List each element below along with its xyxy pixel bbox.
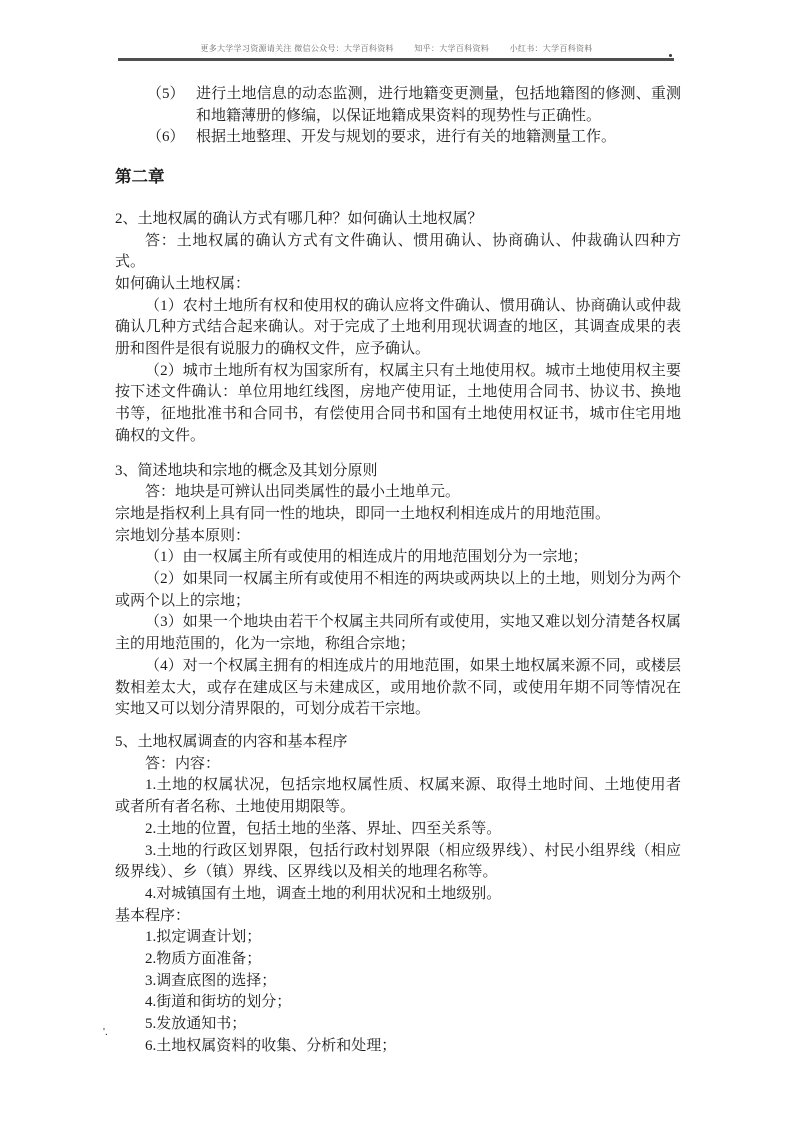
question-2-title: 2、土地权属的确认方式有哪几种？如何确认土地权属？ [115,209,681,231]
scan-artifact-dot [669,54,672,57]
header-divider-rule [118,58,674,61]
question-3-point-1: （1）由一权属主所有或使用的相连成片的用地范围划分为一宗地； [115,547,681,569]
question-5-content-point-3: 3.土地的行政区划界限，包括行政村划界限（相应级界线）、村民小组界线（相应级界线… [115,841,681,884]
question-5-title: 5、土地权属调查的内容和基本程序 [115,732,681,754]
question-2-point-1: （1）农村土地所有权和使用权的确认应将文件确认、惯用确认、协商确认或仲裁确认几种… [115,296,681,361]
question-3-definition: 宗地是指权利上具有同一性的地块，即同一土地权利相连成片的用地范围。 [115,504,681,526]
question-5-answer-label: 答：内容： [115,754,681,776]
question-3-point-2: （2）如果同一权属主所有或使用不相连的两块或两块以上的土地，则划分为两个或两个以… [115,569,681,612]
question-3-principles-label: 宗地划分基本原则： [115,526,681,548]
question-3-point-4: （4）对一个权属主拥有的相连成片的用地范围，如果土地权属来源不同，或楼层数相差太… [115,656,681,721]
question-5-content-point-2: 2.土地的位置，包括土地的坐落、界址、四至关系等。 [115,819,681,841]
header-zhihu-note: 知乎：大学百科资料 [414,44,489,53]
question-2-point-2: （2）城市土地所有权为国家所有，权属主只有土地使用权。城市土地使用权主要按下述文… [115,361,681,448]
question-5-content-point-1: 1.土地的权属状况，包括宗地权属性质、权属来源、取得土地时间、土地使用者或者所有… [115,775,681,818]
header-xiaohongshu-note: 小红书：大学百科资料 [510,44,593,53]
scan-artifact-mark: '. [103,1026,108,1038]
question-5-procedure-step-2: 2.物质方面准备； [115,949,681,971]
list-item-6-number: （6） [147,127,196,149]
list-item-5-number: （5） [147,84,196,127]
header-wechat-note: 更多大学学习资源请关注 微信公众号：大学百科资料 [200,44,393,53]
question-2-subtitle: 如何确认土地权属： [115,274,681,296]
chapter-heading: 第二章 [115,166,681,188]
question-5-procedure-step-1: 1.拟定调查计划； [115,927,681,949]
question-2-answer: 答：土地权属的确认方式有文件确认、惯用确认、协商确认、仲裁确认四种方式。 [115,231,681,274]
question-5-procedure-step-6: 6.土地权属资料的收集、分析和处理； [115,1036,681,1058]
question-5-content-point-4: 4.对城镇国有土地，调查土地的利用状况和土地级别。 [115,884,681,906]
list-item-6: （6） 根据土地整理、开发与规划的要求，进行有关的地籍测量工作。 [147,127,681,149]
list-item-5: （5） 进行土地信息的动态监测，进行地籍变更测量，包括地籍图的修测、重测和地籍薄… [147,84,681,127]
list-item-5-text: 进行土地信息的动态监测，进行地籍变更测量，包括地籍图的修测、重测和地籍薄册的修编… [196,84,681,127]
page-header: 更多大学学习资源请关注 微信公众号：大学百科资料 知乎：大学百科资料 小红书：大… [0,43,793,54]
list-item-6-text: 根据土地整理、开发与规划的要求，进行有关的地籍测量工作。 [196,127,681,149]
question-5-procedure-step-4: 4.街道和街坊的划分； [115,992,681,1014]
question-3-title: 3、简述地块和宗地的概念及其划分原则 [115,461,681,483]
question-5-procedure-step-3: 3.调查底图的选择； [115,971,681,993]
document-body: （5） 进行土地信息的动态监测，进行地籍变更测量，包括地籍图的修测、重测和地籍薄… [115,84,681,1058]
question-5-procedure-label: 基本程序： [115,906,681,928]
question-3-answer: 答：地块是可辨认出同类属性的最小土地单元。 [115,482,681,504]
question-5-procedure-step-5: 5.发放通知书； [115,1014,681,1036]
question-3-point-3: （3）如果一个地块由若干个权属主共同所有或使用，实地又难以划分清楚各权属主的用地… [115,612,681,655]
